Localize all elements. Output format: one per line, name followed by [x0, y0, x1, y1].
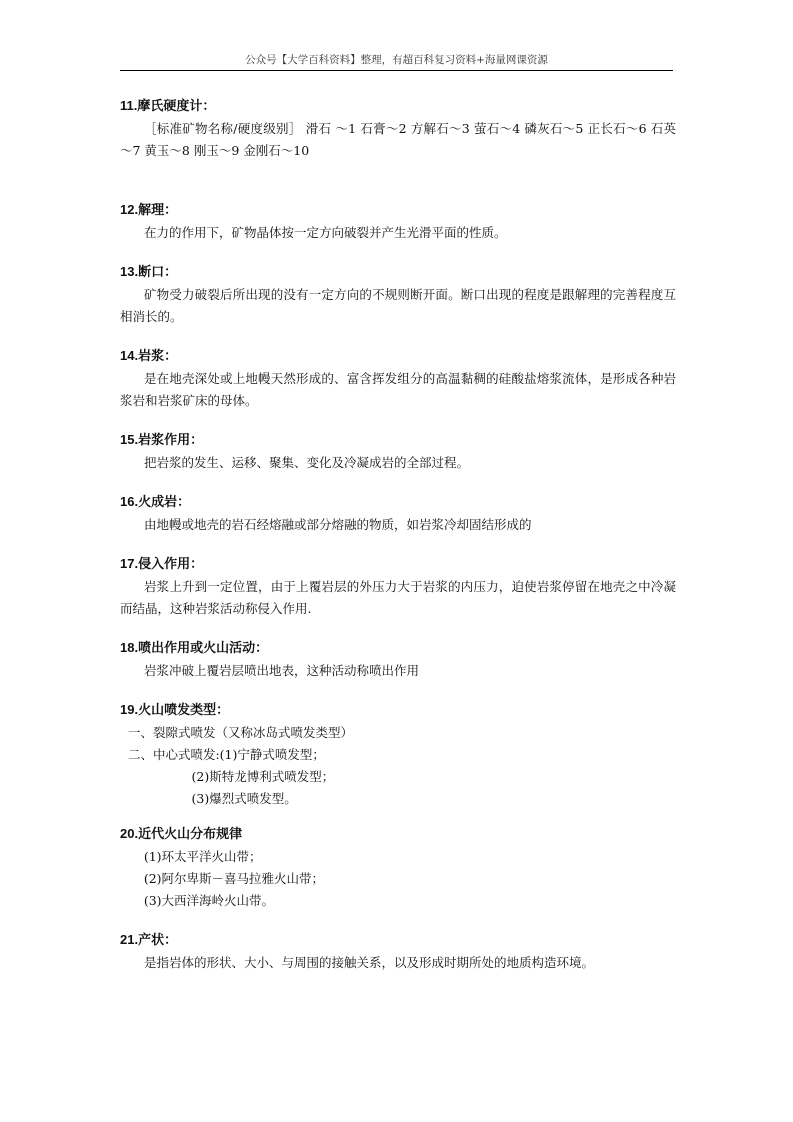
section-20: 20.近代火山分布规律 (1)环太平洋火山带； (2)阿尔卑斯－喜马拉雅火山带；…: [120, 824, 676, 912]
section-heading: 18.喷出作用或火山活动：: [120, 638, 676, 660]
list-line: (3)大西洋海岭火山带。: [120, 890, 676, 912]
section-body: 把岩浆的发生、运移、聚集、变化及冷凝成岩的全部过程。: [120, 452, 676, 474]
section-heading: 19.火山喷发类型：: [120, 700, 676, 722]
section-16: 16.火成岩： 由地幔或地壳的岩石经熔融或部分熔融的物质，如岩浆冷却固结形成的: [120, 492, 676, 536]
list-line: (1)环太平洋火山带；: [120, 846, 676, 868]
list-line: 二、中心式喷发:(1)宁静式喷发型；: [120, 744, 676, 766]
section-heading: 21.产状：: [120, 930, 676, 952]
section-heading: 11.摩氏硬度计：: [120, 96, 676, 118]
section-body: ［标准矿物名称/硬度级别］ 滑石 ～1 石膏～2 方解石～3 萤石～4 磷灰石～…: [120, 118, 676, 162]
list-line: 一、裂隙式喷发（又称冰岛式喷发类型）: [120, 722, 676, 744]
section-heading: 16.火成岩：: [120, 492, 676, 514]
section-heading: 17.侵入作用：: [120, 554, 676, 576]
section-body: 矿物受力破裂后所出现的没有一定方向的不规则断开面。断口出现的程度是跟解理的完善程…: [120, 284, 676, 328]
section-body: 由地幔或地壳的岩石经熔融或部分熔融的物质，如岩浆冷却固结形成的: [120, 514, 676, 536]
list-line: (2)斯特龙博利式喷发型；: [120, 766, 676, 788]
section-body: 在力的作用下，矿物晶体按一定方向破裂并产生光滑平面的性质。: [120, 222, 676, 244]
list-line: (2)阿尔卑斯－喜马拉雅火山带；: [120, 868, 676, 890]
page-header: 公众号【大学百科资料】整理，有超百科复习资料+海量网课资源: [120, 52, 673, 67]
section-body: 岩浆上升到一定位置，由于上覆岩层的外压力大于岩浆的内压力，迫使岩浆停留在地壳之中…: [120, 576, 676, 620]
section-heading: 20.近代火山分布规律: [120, 824, 676, 846]
section-17: 17.侵入作用： 岩浆上升到一定位置，由于上覆岩层的外压力大于岩浆的内压力，迫使…: [120, 554, 676, 620]
header-divider: [120, 70, 673, 71]
section-12: 12.解理： 在力的作用下，矿物晶体按一定方向破裂并产生光滑平面的性质。: [120, 200, 676, 244]
section-15: 15.岩浆作用： 把岩浆的发生、运移、聚集、变化及冷凝成岩的全部过程。: [120, 430, 676, 474]
section-heading: 15.岩浆作用：: [120, 430, 676, 452]
section-body: 是指岩体的形状、大小、与周围的接触关系，以及形成时期所处的地质构造环境。: [120, 952, 676, 974]
section-heading: 12.解理：: [120, 200, 676, 222]
section-heading: 14.岩浆：: [120, 346, 676, 368]
section-18: 18.喷出作用或火山活动： 岩浆冲破上覆岩层喷出地表，这种活动称喷出作用: [120, 638, 676, 682]
section-19: 19.火山喷发类型： 一、裂隙式喷发（又称冰岛式喷发类型） 二、中心式喷发:(1…: [120, 700, 676, 810]
section-13: 13.断口： 矿物受力破裂后所出现的没有一定方向的不规则断开面。断口出现的程度是…: [120, 262, 676, 328]
section-21: 21.产状： 是指岩体的形状、大小、与周围的接触关系，以及形成时期所处的地质构造…: [120, 930, 676, 974]
section-body: 岩浆冲破上覆岩层喷出地表，这种活动称喷出作用: [120, 660, 676, 682]
section-14: 14.岩浆： 是在地壳深处或上地幔天然形成的、富含挥发组分的高温黏稠的硅酸盐熔浆…: [120, 346, 676, 412]
section-11: 11.摩氏硬度计： ［标准矿物名称/硬度级别］ 滑石 ～1 石膏～2 方解石～3…: [120, 96, 676, 162]
list-line: (3)爆烈式喷发型。: [120, 788, 676, 810]
section-heading: 13.断口：: [120, 262, 676, 284]
section-body: 是在地壳深处或上地幔天然形成的、富含挥发组分的高温黏稠的硅酸盐熔浆流体，是形成各…: [120, 368, 676, 412]
